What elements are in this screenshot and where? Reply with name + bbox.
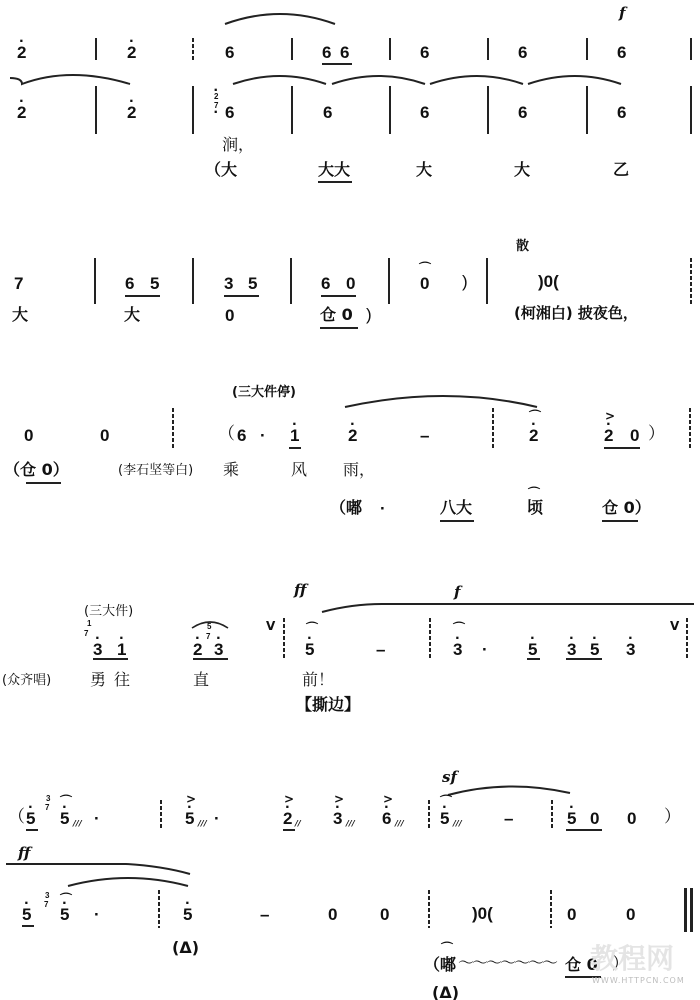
underline [193, 658, 228, 660]
paren: ) [462, 273, 468, 290]
percussion: 大大 [318, 162, 350, 178]
underline [566, 658, 602, 660]
slur [322, 600, 694, 614]
barline [690, 258, 692, 304]
note: 3 [626, 641, 635, 658]
slur [345, 393, 540, 413]
note: 3 [93, 641, 102, 658]
note: 5 [26, 810, 35, 827]
rest: 0 [630, 427, 639, 444]
note: 5 [60, 810, 69, 827]
underline [26, 482, 61, 484]
note: 6 [518, 104, 527, 121]
barline [486, 258, 488, 304]
note: 2 [193, 641, 202, 658]
slur [430, 74, 525, 88]
barline [291, 38, 293, 60]
lyric: 往 [114, 672, 130, 688]
barline [192, 86, 194, 134]
note: 5 [185, 810, 194, 827]
tremolo-icon: // [295, 820, 301, 828]
grace-note: 1 [87, 620, 91, 628]
barline [690, 38, 692, 60]
barline [192, 258, 194, 304]
barline [94, 258, 96, 304]
note: 6 [420, 44, 429, 61]
barline [487, 38, 489, 60]
note: 3 [567, 641, 576, 658]
barline [291, 86, 293, 134]
dynamic-forte: f [619, 6, 625, 21]
barline [586, 86, 588, 134]
note: 6 [225, 44, 234, 61]
note: 5 [590, 641, 599, 658]
dash: – [376, 641, 385, 658]
rest-marker: )0( [472, 905, 493, 922]
note: 5 [528, 641, 537, 658]
percussion: 大 [124, 307, 140, 323]
barline [172, 408, 174, 448]
underline [566, 829, 602, 831]
underline [602, 520, 638, 522]
rest: 0 [24, 427, 33, 444]
percussion: 乙 [613, 162, 629, 178]
paren: （ [218, 425, 235, 442]
note: 5 [183, 906, 192, 923]
note: 6 [322, 44, 331, 61]
note: 6 [617, 44, 626, 61]
underline [22, 925, 34, 927]
underline [125, 295, 160, 297]
barline [551, 800, 553, 830]
paren: ） [664, 808, 681, 825]
percussion: 大 [514, 162, 530, 178]
note: 5 [22, 906, 31, 923]
underline [322, 63, 352, 65]
percussion: 大 [416, 162, 432, 178]
mark: (Δ) [172, 940, 199, 956]
note: 2 [604, 427, 613, 444]
rest: 0 [328, 906, 337, 923]
note: 6 [237, 427, 246, 444]
rest: 0 [590, 810, 599, 827]
dot: · [94, 810, 100, 827]
grace-note: 3 [46, 795, 50, 803]
barline [283, 618, 285, 658]
note: 1 [117, 641, 126, 658]
underline [289, 447, 301, 449]
note: 7 [14, 275, 23, 292]
note: 6 [321, 275, 330, 292]
section-label: 【撕边】 [296, 697, 360, 713]
slur [448, 783, 573, 797]
grace-note: 7 [84, 630, 88, 638]
barline [160, 800, 162, 830]
note: 6 [420, 104, 429, 121]
percussion: 顷 [527, 500, 543, 516]
barline [686, 618, 688, 658]
barline [550, 890, 552, 928]
note: 3 [453, 641, 462, 658]
note: 2 [127, 44, 136, 61]
percussion: 0 [225, 307, 234, 324]
dynamic-forte: f [454, 585, 460, 600]
tremolo-wavy: ～～～～～～～ [458, 955, 556, 971]
underline [26, 829, 38, 831]
percussion: 大 [12, 307, 28, 323]
tremolo-icon: /// [453, 820, 462, 828]
barline [389, 38, 391, 60]
grace-note: 5 [207, 623, 211, 631]
grace-note: 7 [44, 901, 48, 909]
underline [93, 658, 128, 660]
annotation: (三大件停) [232, 386, 296, 399]
barline [487, 86, 489, 134]
barline [192, 38, 194, 60]
underline [321, 295, 356, 297]
final-barline [690, 888, 693, 932]
dot: · [214, 810, 220, 827]
underline [283, 829, 295, 831]
rest: 0 [626, 906, 635, 923]
note: 2 [348, 427, 357, 444]
dot: · [260, 427, 266, 444]
paren: （ [8, 808, 25, 825]
lyric: 前！ [302, 672, 334, 688]
speaker: (众齐唱) [2, 674, 51, 687]
dash: – [504, 810, 513, 827]
annotation: (三大件) [84, 605, 133, 618]
underline [318, 181, 352, 183]
rest: 0 [100, 427, 109, 444]
barline [388, 258, 390, 304]
underline [527, 658, 540, 660]
rest: 0 [567, 906, 576, 923]
percussion: （大 [205, 162, 237, 178]
slur [68, 874, 190, 888]
underline [224, 295, 259, 297]
barline [158, 890, 160, 928]
dot: · [94, 906, 100, 923]
tremolo-icon: /// [73, 820, 82, 828]
grace-note: 7 [45, 804, 49, 812]
note: 3 [333, 810, 342, 827]
grace-note: 2 [214, 93, 218, 101]
barline [389, 86, 391, 134]
tempo-mark: 散 [516, 240, 529, 253]
barline [428, 890, 430, 928]
note: 6 [382, 810, 391, 827]
dynamic-fortissimo: ff [18, 846, 30, 861]
lyric: 乘 [223, 462, 239, 478]
percussion: （嘟 [424, 957, 456, 973]
note: 6 [518, 44, 527, 61]
mark: (Δ) [432, 985, 459, 1000]
note: 1 [290, 427, 299, 444]
dot: · [380, 500, 386, 517]
barline [586, 38, 588, 60]
percussion: 仓 0） [602, 500, 651, 516]
dot: · [482, 641, 488, 658]
note: 6 [225, 104, 234, 121]
note: 6 [617, 104, 626, 121]
note: 5 [248, 275, 257, 292]
watermark-url: WWW.HTTPCN.COM [592, 977, 685, 985]
note: 5 [440, 810, 449, 827]
lyric: 涧， [222, 137, 254, 153]
lyric: 直 [193, 672, 209, 688]
barline [290, 258, 292, 304]
percussion: 八大 [440, 500, 472, 516]
grace-note: 7 [214, 102, 218, 110]
note: 6 [340, 44, 349, 61]
barline [690, 86, 692, 134]
underline [320, 327, 358, 329]
dynamic-fortissimo: ff [294, 583, 306, 598]
note: 2 [283, 810, 292, 827]
note: 2 [127, 104, 136, 121]
barline [429, 618, 431, 658]
tremolo-icon: /// [346, 820, 355, 828]
percussion: （嘟 [330, 500, 362, 516]
grace-note: 7 [206, 633, 210, 641]
note: 0 [420, 275, 429, 292]
breath-mark-icon: V [266, 620, 275, 632]
dash: – [420, 427, 429, 444]
fermata-icon: ⌒ [419, 262, 431, 274]
note: 3 [224, 275, 233, 292]
slur [332, 74, 427, 88]
slur [528, 74, 623, 88]
dash: – [260, 906, 269, 923]
watermark-logo: 教程网 [590, 945, 674, 973]
grace-note: 3 [45, 892, 49, 900]
rest: 0 [627, 810, 636, 827]
percussion: 仓 0 [320, 307, 353, 323]
barline [428, 800, 430, 830]
note: 2 [17, 44, 26, 61]
slur [233, 74, 328, 88]
slur [225, 12, 335, 32]
lyric: 雨， [343, 462, 375, 478]
dialogue: (柯湘白) 披夜色， [514, 306, 638, 321]
barline [95, 86, 97, 134]
lyric: 勇 [90, 672, 106, 688]
rest-marker: )0( [538, 273, 559, 290]
note: 2 [17, 104, 26, 121]
note: 0 [346, 275, 355, 292]
speaker: (李石坚等白) [118, 464, 193, 477]
slur [10, 72, 130, 88]
note: 5 [60, 906, 69, 923]
note: 6 [125, 275, 134, 292]
barline [492, 408, 494, 448]
fermata-icon: ⌒ [441, 942, 453, 954]
tremolo-icon: /// [198, 820, 207, 828]
note: 5 [150, 275, 159, 292]
lyric: 风 [291, 462, 307, 478]
paren: ) [366, 306, 372, 323]
tremolo-icon: /// [395, 820, 404, 828]
note: 5 [567, 810, 576, 827]
note: 5 [305, 641, 314, 658]
note: 2 [529, 427, 538, 444]
note: 6 [323, 104, 332, 121]
barline [95, 38, 97, 60]
paren: ） [648, 425, 665, 442]
final-barline [684, 888, 687, 932]
percussion: （仓 0） [4, 462, 69, 478]
underline [604, 447, 640, 449]
underline [440, 520, 474, 522]
note: 3 [214, 641, 223, 658]
breath-mark-icon: V [670, 620, 679, 632]
rest: 0 [380, 906, 389, 923]
barline [689, 408, 691, 448]
